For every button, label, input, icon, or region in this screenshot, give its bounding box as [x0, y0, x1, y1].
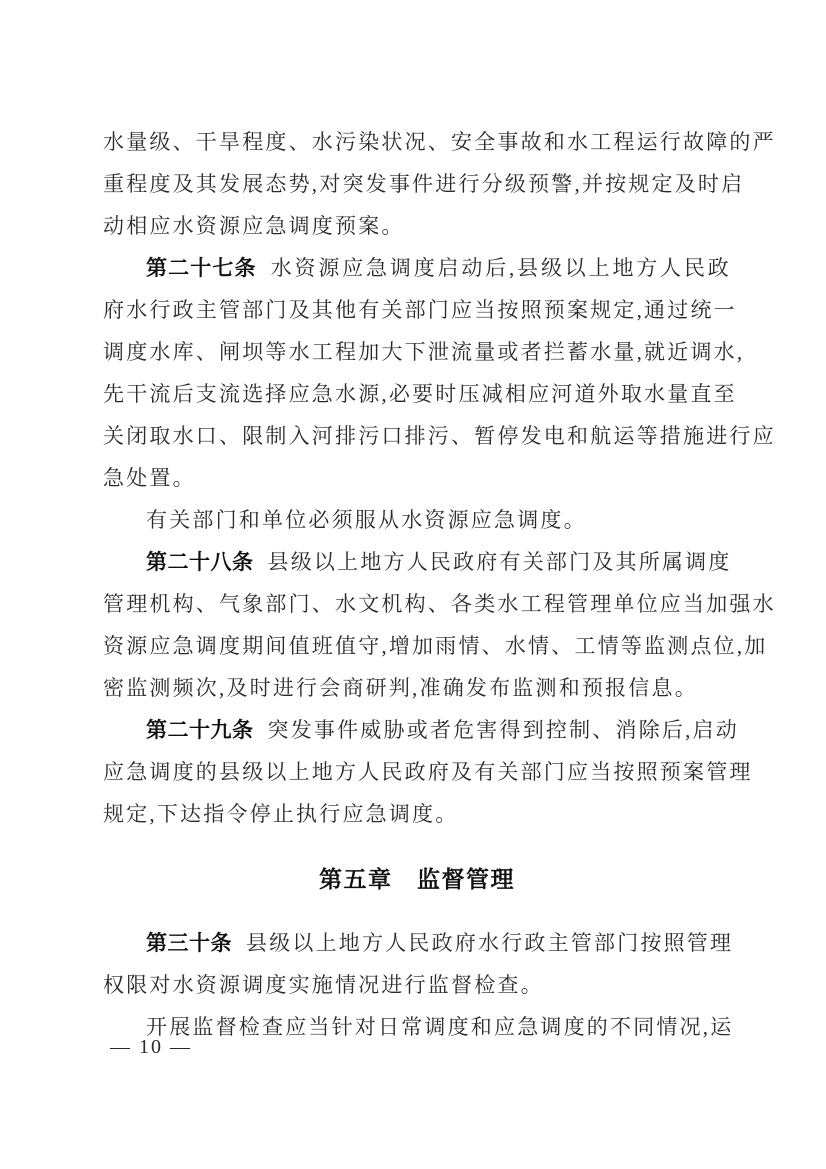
line-text: 规定,下达指令停止执行应急调度。	[103, 802, 458, 826]
line-text: 开展监督检查应当针对日常调度和应急调度的不同情况,运	[146, 1015, 733, 1039]
document-line: 急处置。	[103, 457, 731, 499]
line-text: 调度水库、闸坝等水工程加大下泄流量或者拦蓄水量,就近调水,	[103, 340, 744, 364]
document-page: 水量级、干旱程度、水污染状况、安全事故和水工程运行故障的严 重程度及其发展态势,…	[0, 0, 826, 1169]
document-line: 水量级、干旱程度、水污染状况、安全事故和水工程运行故障的严	[103, 121, 731, 163]
line-text: 府水行政主管部门及其他有关部门应当按照预案规定,通过统一	[103, 298, 737, 322]
line-text: 应急调度的县级以上地方人民政府及有关部门应当按照预案管理	[103, 760, 753, 784]
line-text: 县级以上地方人民政府有关部门及其所属调度	[268, 550, 732, 574]
line-text: 突发事件威胁或者危害得到控制、消除后,启动	[268, 718, 739, 742]
line-text: 关闭取水口、限制入河排污口排污、暂停发电和航运等措施进行应	[103, 424, 776, 448]
line-text: 急处置。	[103, 466, 196, 490]
document-line: 资源应急调度期间值班值守,增加雨情、水情、工情等监测点位,加	[103, 625, 731, 667]
line-text: 水资源应急调度启动后,县级以上地方人民政	[271, 256, 731, 280]
line-text: 密监测频次,及时进行会商研判,准确发布监测和预报信息。	[103, 676, 698, 700]
document-line: 先干流后支流选择应急水源,必要时压减相应河道外取水量直至	[103, 373, 731, 415]
document-line: 第二十八条县级以上地方人民政府有关部门及其所属调度	[103, 541, 731, 583]
line-text: 动相应水资源应急调度预案。	[103, 214, 405, 238]
article-number-label: 第二十七条	[146, 257, 257, 280]
document-line: 重程度及其发展态势,对突发事件进行分级预警,并按规定及时启	[103, 163, 731, 205]
document-line: 府水行政主管部门及其他有关部门应当按照预案规定,通过统一	[103, 289, 731, 331]
document-line: 调度水库、闸坝等水工程加大下泄流量或者拦蓄水量,就近调水,	[103, 331, 731, 373]
document-line: 动相应水资源应急调度预案。	[103, 205, 731, 247]
line-text: 先干流后支流选择应急水源,必要时压减相应河道外取水量直至	[103, 382, 737, 406]
article-number-label: 第三十条	[146, 932, 232, 955]
document-line: 关闭取水口、限制入河排污口排污、暂停发电和航运等措施进行应	[103, 415, 731, 457]
document-line: 第二十九条突发事件威胁或者危害得到控制、消除后,启动	[103, 709, 731, 751]
line-text: 水量级、干旱程度、水污染状况、安全事故和水工程运行故障的严	[103, 130, 776, 154]
document-line: 管理机构、气象部门、水文机构、各类水工程管理单位应当加强水	[103, 583, 731, 625]
line-text: 有关部门和单位必须服从水资源应急调度。	[146, 508, 587, 532]
line-text: 资源应急调度期间值班值守,增加雨情、水情、工情等监测点位,加	[103, 634, 768, 658]
line-text: 管理机构、气象部门、水文机构、各类水工程管理单位应当加强水	[103, 592, 776, 616]
chapter-heading: 第五章 监督管理	[103, 858, 731, 900]
document-line: 第三十条县级以上地方人民政府水行政主管部门按照管理	[103, 922, 731, 964]
article-number-label: 第二十八条	[146, 551, 254, 574]
document-line: 权限对水资源调度实施情况进行监督检查。	[103, 964, 731, 1006]
article-number-label: 第二十九条	[146, 719, 254, 742]
document-line: 有关部门和单位必须服从水资源应急调度。	[103, 499, 731, 541]
document-line: 密监测频次,及时进行会商研判,准确发布监测和预报信息。	[103, 667, 731, 709]
line-text: 重程度及其发展态势,对突发事件进行分级预警,并按规定及时启	[103, 172, 744, 196]
document-line: 第二十七条水资源应急调度启动后,县级以上地方人民政	[103, 247, 731, 289]
document-line: 应急调度的县级以上地方人民政府及有关部门应当按照预案管理	[103, 751, 731, 793]
document-body: 水量级、干旱程度、水污染状况、安全事故和水工程运行故障的严 重程度及其发展态势,…	[103, 121, 731, 1048]
page-number: — 10 —	[110, 1036, 192, 1059]
line-text: 县级以上地方人民政府水行政主管部门按照管理	[246, 931, 733, 955]
document-line: 开展监督检查应当针对日常调度和应急调度的不同情况,运	[103, 1006, 731, 1048]
document-line: 规定,下达指令停止执行应急调度。	[103, 793, 731, 835]
line-text: 权限对水资源调度实施情况进行监督检查。	[103, 973, 544, 997]
